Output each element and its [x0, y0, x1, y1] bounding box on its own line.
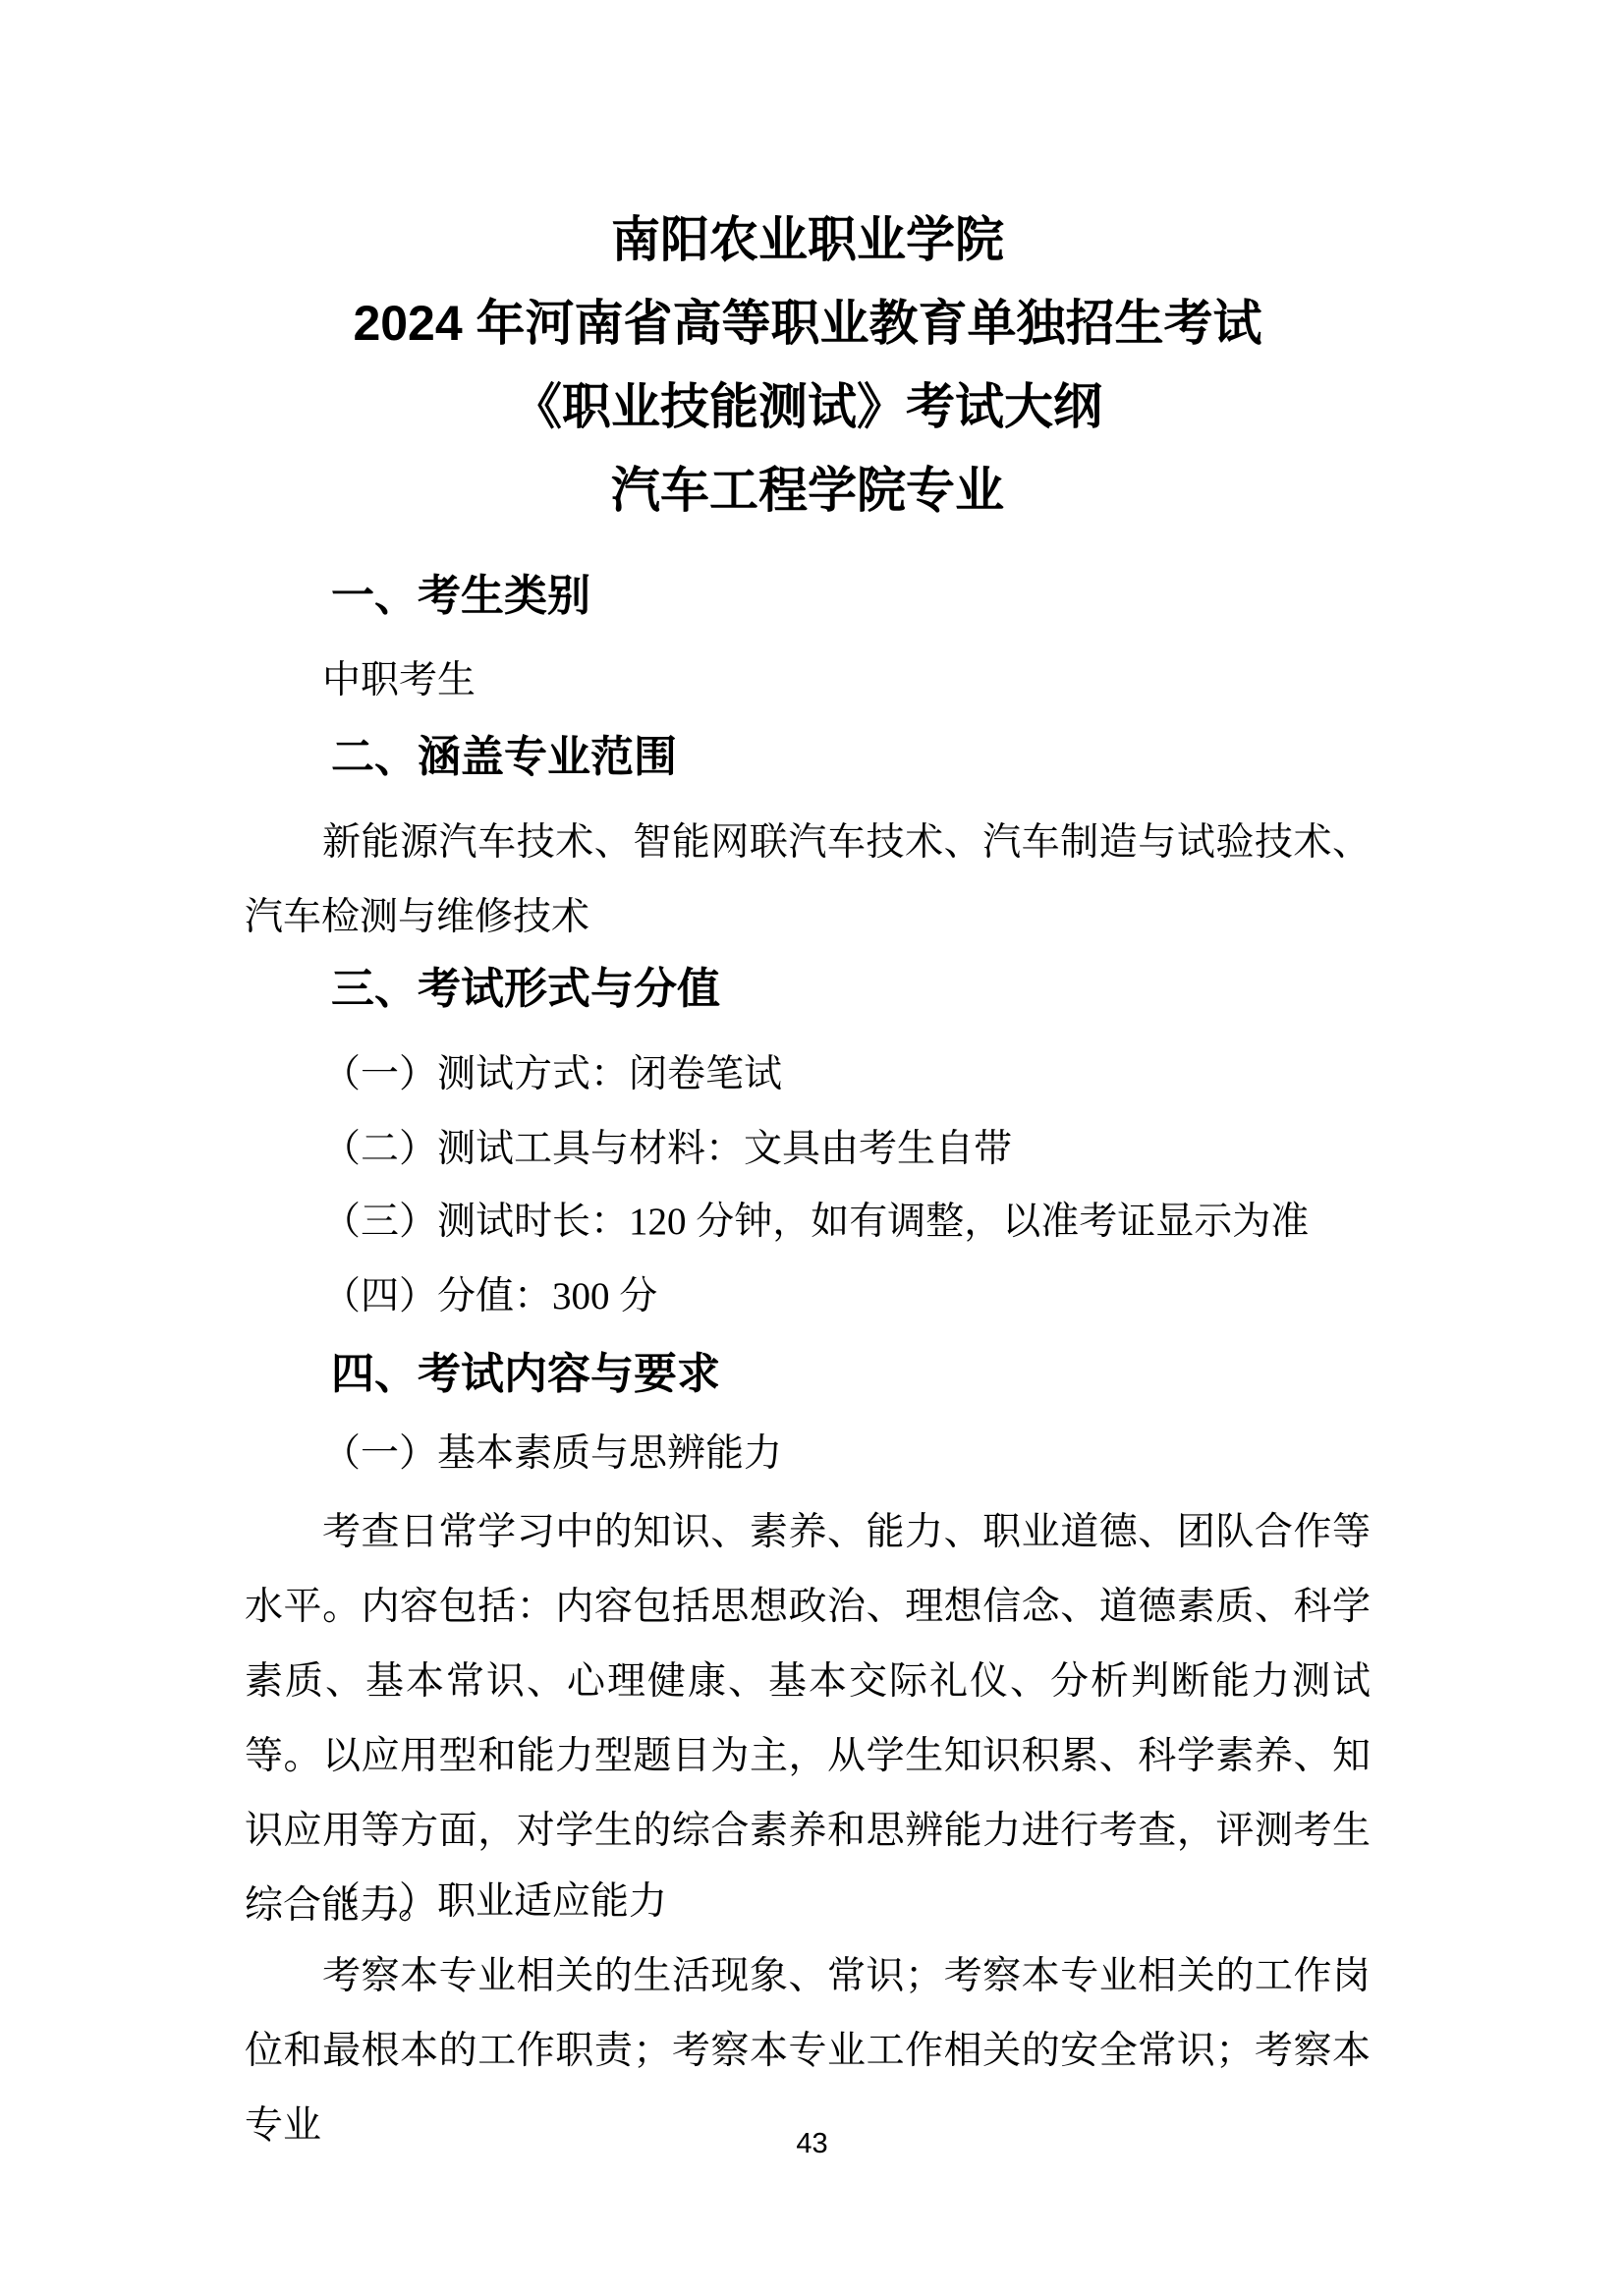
document-title-school: 南阳农业职业学院 [245, 215, 1371, 264]
paragraph-subsection-basic-quality: （一）基本素质与思辨能力 [245, 1417, 1371, 1491]
section-heading-exam-content: 四、考试内容与要求 [245, 1353, 1371, 1396]
document-title-exam: 2024 年河南省高等职业教育单独招生考试 [245, 299, 1371, 348]
paragraph-test-method: （一）测试方式：闭卷笔试 [245, 1037, 1371, 1112]
section-heading-major-scope: 二、涵盖专业范围 [245, 736, 1371, 779]
paragraph-major-list: 新能源汽车技术、智能网联汽车技术、汽车制造与试验技术、汽车检测与维修技术 [245, 806, 1371, 955]
paragraph-subsection-vocational-adaptability: （二）职业适应能力 [245, 1865, 1371, 1939]
paragraph-test-tools: （二）测试工具与材料：文具由考生自带 [245, 1112, 1371, 1187]
document-title-department: 汽车工程学院专业 [245, 466, 1371, 515]
document-page: 南阳农业职业学院 2024 年河南省高等职业教育单独招生考试 《职业技能测试》考… [0, 0, 1624, 2296]
page-number: 43 [0, 2130, 1624, 2158]
paragraph-candidate-type: 中职考生 [245, 644, 1371, 718]
section-heading-exam-format: 三、考试形式与分值 [245, 968, 1371, 1011]
paragraph-test-score: （四）分值：300 分 [245, 1260, 1371, 1334]
paragraph-test-duration: （三）测试时长：120 分钟，如有调整，以准考证显示为准 [245, 1185, 1371, 1260]
section-heading-candidate-type: 一、考生类别 [245, 575, 1371, 618]
document-title-outline: 《职业技能测试》考试大纲 [245, 382, 1371, 431]
